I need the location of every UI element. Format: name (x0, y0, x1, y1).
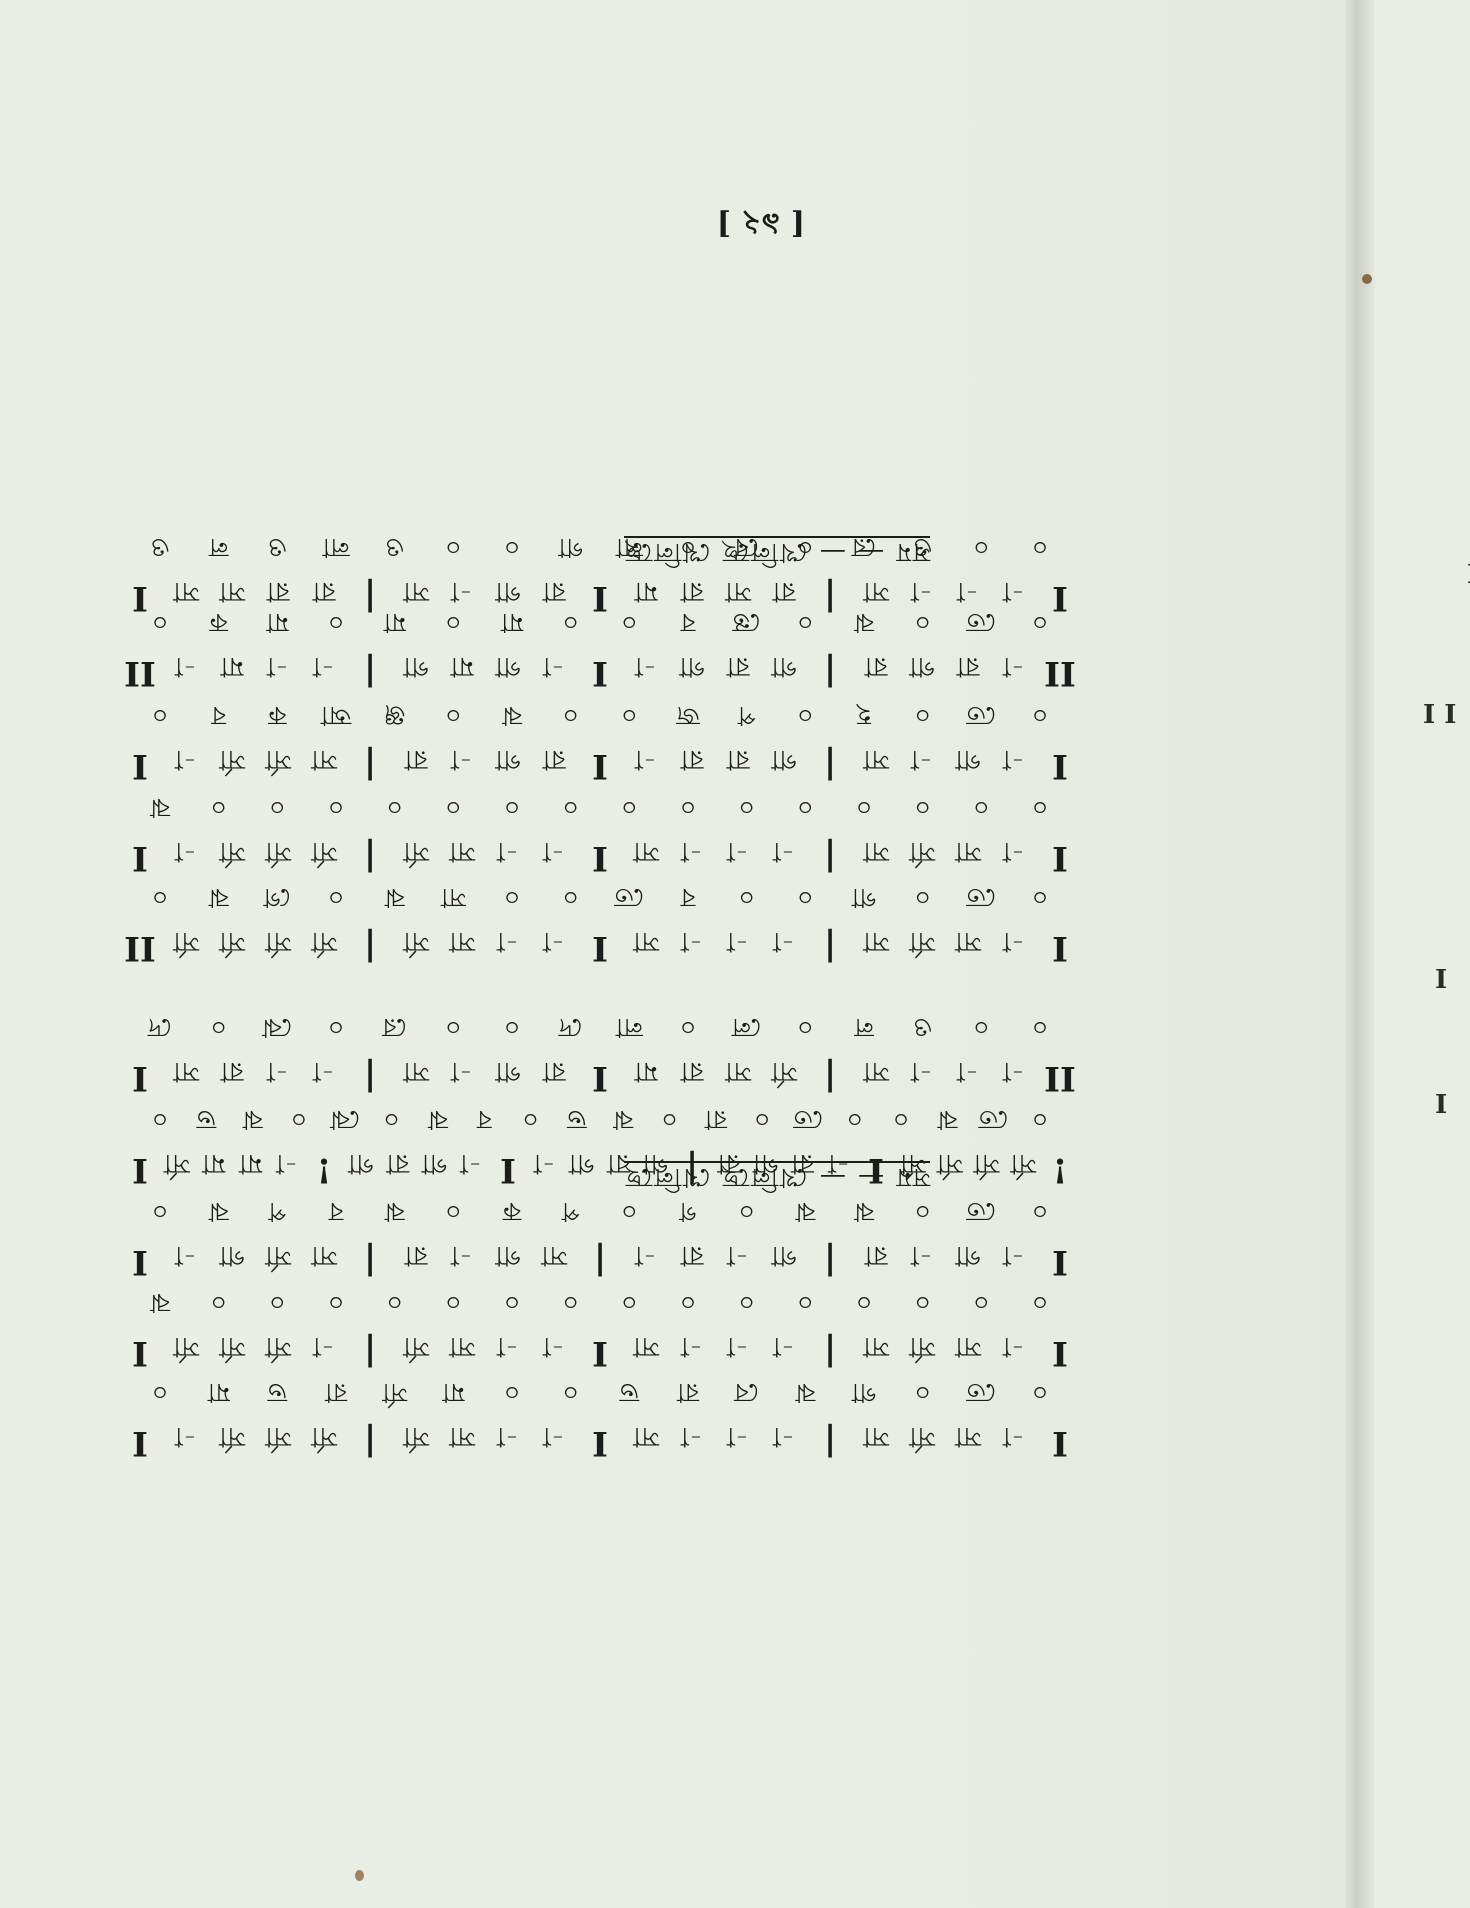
lyric-syllable: হ (857, 692, 871, 736)
lyric-row: ০তেঝ০০তে০রা০ঝভ০বঝ০ঝে০ঝভ০ (0, 1096, 1360, 1140)
lyric-syllable: ০ (914, 784, 931, 828)
swara-note: সা (633, 827, 659, 872)
lyric-syllable: ০ (1032, 1279, 1049, 1323)
lyric-syllable: ০ (621, 692, 638, 736)
swara-note: -া (911, 1047, 933, 1092)
lyric-syllable: ০ (914, 1279, 931, 1323)
swara-note: রা (681, 1231, 704, 1276)
swara-note: -া (175, 1231, 197, 1276)
lyric-syllable: বে (734, 1369, 759, 1413)
swara-row: I-াসার্সাসা|-া-া-াসাI-া-াসার্সা|-ার্সার্… (0, 1323, 1360, 1367)
swara-row: I-াগা-ারা|গা-ারা-া|সাগা-ারা|সার্সাগা-াI (0, 1232, 1360, 1276)
lyric-syllable: ল (209, 524, 228, 568)
barline: | (364, 746, 376, 786)
swara-note: সা (955, 1322, 981, 1367)
lyric-syllable: ০ (738, 1188, 755, 1232)
swara-note: র্সা (900, 1139, 926, 1184)
barline: I (1052, 838, 1068, 878)
swara-note: সা (955, 917, 981, 962)
swara-note: রা (543, 735, 566, 780)
lyric-syllable: ০ (893, 1096, 910, 1140)
swara-row: I-াসার্সাসা|-া-া-াসাI-া-াসার্সা|র্সার্সা… (0, 1413, 1360, 1457)
swara-note: র্সা (265, 1231, 291, 1276)
swara-note: র্সা (173, 917, 199, 962)
lyric-syllable: ০ (1032, 599, 1049, 643)
swara-note: -া (497, 1412, 519, 1457)
swara-note: গা (495, 1231, 521, 1276)
swara-note: র্সা (219, 827, 245, 872)
lyric-syllable: মা (501, 599, 523, 643)
lyric-syllable: ০ (797, 1279, 814, 1323)
lyric-syllable: র্সা (382, 1369, 407, 1413)
swara-row: I-াসার্সাসা|-া-া-াসাI-া-াসার্সা|র্সার্সা… (0, 828, 1360, 872)
swara-note: র্সা (909, 1412, 935, 1457)
lyric-syllable: ০ (562, 692, 579, 736)
lyric-syllable: ০ (621, 599, 638, 643)
swara-note: -া (497, 917, 519, 962)
lyric-syllable: ০ (445, 784, 462, 828)
lyric-syllable: ০ (445, 1279, 462, 1323)
swara-note: -া (773, 1412, 795, 1457)
swara-note: রা (681, 1047, 704, 1092)
lyric-syllable: গা (852, 1369, 877, 1413)
lyric-syllable: ০ (562, 1279, 579, 1323)
barline: | (824, 928, 836, 968)
barline: | (364, 1058, 376, 1098)
swara-note: -া (534, 1139, 556, 1184)
lyric-syllable: ঝ (613, 1096, 633, 1140)
swara-note: -া (1003, 917, 1025, 962)
swara-note: -া (635, 735, 657, 780)
lyric-syllable: ০ (621, 1188, 638, 1232)
lyric-syllable: ভ (567, 1096, 586, 1140)
lyric-syllable: ঝ (243, 1096, 263, 1140)
barline: I (1052, 1333, 1068, 1373)
lyric-syllable: ০ (1032, 784, 1049, 828)
lyric-syllable: দে (148, 1004, 172, 1048)
lyric-syllable: ঝ (209, 874, 229, 918)
swara-note: র্সা (403, 1412, 429, 1457)
lyric-syllable: ০ (797, 1004, 814, 1048)
lyric-syllable: ০ (210, 1279, 227, 1323)
swara-note: র্সা (265, 917, 291, 962)
lyric-syllable: ব (211, 692, 225, 736)
lyric-syllable: ০ (754, 1096, 771, 1140)
swara-row: II-ারাগারা|গারাগা-াI-াগামাগা|-া-ামা-াII (0, 643, 1360, 687)
swara-note: সা (863, 1047, 889, 1092)
swara-note: -া (681, 1412, 703, 1457)
swara-note: গা (569, 1139, 595, 1184)
barline: | (686, 1150, 698, 1190)
lyric-syllable: ০ (562, 599, 579, 643)
lyric-syllable: ০ (1032, 1096, 1049, 1140)
swara-note: -া (497, 1322, 519, 1367)
swara-note: -া (267, 1047, 289, 1092)
swara-note: সা (725, 1047, 751, 1092)
barline: | (364, 838, 376, 878)
swara-note: রা (543, 1047, 566, 1092)
swara-note: গা (642, 1139, 668, 1184)
barline: | (824, 1333, 836, 1373)
swara-note: র্সা (219, 917, 245, 962)
swara-note: রা (681, 735, 704, 780)
swara-note: -া (773, 917, 795, 962)
lyric-syllable: ০ (445, 1188, 462, 1232)
lyric-syllable: ০ (445, 524, 462, 568)
lyric-syllable: তে (614, 874, 644, 918)
swara-note: রা (865, 642, 888, 687)
swara-row: II-া-া-াসা|র্সাসারামাIরাগা-াসা|-া-ারাসাI (0, 1048, 1360, 1092)
swara-note: -া (313, 1322, 335, 1367)
swara-note: -া (1003, 1231, 1025, 1276)
swara-note: সা (863, 827, 889, 872)
swara-note: -া (451, 1047, 473, 1092)
lyric-row: ০তে০হ০পজ০০ঝ০ঞ্জআকব০ (0, 692, 1360, 736)
swara-note: মা (221, 642, 244, 687)
lyric-syllable: রে (852, 524, 877, 568)
lyric-syllable: ভ (197, 1096, 216, 1140)
lyric-syllable: ঝ (938, 1096, 958, 1140)
barline: I (132, 1333, 148, 1373)
barline: I (592, 1423, 608, 1463)
swara-note: -া (773, 1322, 795, 1367)
lyric-syllable: তে (966, 1188, 996, 1232)
barline: I (132, 838, 148, 878)
lyric-syllable: ০ (562, 784, 579, 828)
barline: II (124, 928, 156, 968)
barline: I (132, 1150, 148, 1190)
lyric-syllable: ০ (973, 1004, 990, 1048)
swara-note: গা (348, 1139, 374, 1184)
swara-note: রা (791, 1139, 814, 1184)
lyric-syllable: ঝ (150, 784, 170, 828)
lyric-syllable: ০ (328, 874, 345, 918)
swara-note: -া (1003, 1047, 1025, 1092)
swara-note: গা (495, 642, 521, 687)
barline: | (364, 928, 376, 968)
barline: | (594, 1242, 606, 1282)
swara-note: -া (773, 827, 795, 872)
swara-note: র্সা (265, 735, 291, 780)
swara-note: -া (543, 1322, 565, 1367)
lyric-syllable: ০ (504, 784, 521, 828)
lyric-syllable: ০ (152, 1369, 169, 1413)
lyric-syllable: মা (266, 599, 288, 643)
notation-sheet: [ ৯২ ] সম — — খেলিছে খেলিছে সম — — খেলিছ… (0, 0, 1360, 1908)
lyric-syllable: ০ (797, 784, 814, 828)
barline: I (500, 1150, 516, 1190)
barline: I (132, 1058, 148, 1098)
lyric-syllable: মা (208, 1369, 230, 1413)
swara-note: র্সা (311, 827, 337, 872)
lyric-syllable: ০ (386, 1279, 403, 1323)
swara-note: রা (607, 1139, 630, 1184)
lyric-syllable: বে (734, 524, 759, 568)
barline: | (824, 838, 836, 878)
swara-note: -া (911, 1231, 933, 1276)
barline: II (124, 653, 156, 693)
barline: I (592, 1333, 608, 1373)
lyric-syllable: ০ (680, 524, 697, 568)
barline: I (1052, 1242, 1068, 1282)
lyric-row: ০তে০ঝ০ন্তেব০০মা০মা০মাক০ (0, 599, 1360, 643)
lyric-syllable: ০ (152, 599, 169, 643)
lyric-syllable: ০ (738, 874, 755, 918)
swara-note: -া (175, 735, 197, 780)
lyric-syllable: গ (679, 1188, 696, 1232)
barline: | (824, 1058, 836, 1098)
lyric-syllable: ০ (210, 784, 227, 828)
barline: II (1044, 653, 1076, 693)
swara-note: র্সা (909, 917, 935, 962)
swara-note: -া (497, 827, 519, 872)
swara-note: র্সা (265, 827, 291, 872)
lyric-syllable: ০ (621, 784, 638, 828)
swara-note: সা (863, 1412, 889, 1457)
lyric-syllable: ০ (504, 524, 521, 568)
lyric-syllable: ০ (1032, 1188, 1049, 1232)
adjacent-page-edge: I I I I I (1375, 0, 1470, 1908)
lyric-syllable: লা (616, 1004, 643, 1048)
swara-note: মা (239, 1139, 262, 1184)
lyric-syllable: ল (854, 1004, 873, 1048)
lyric-syllable: ০ (269, 784, 286, 828)
swara-row: I-াগা-াসা|গারারা-াIরাগা-ারা|সার্সার্সা-া… (0, 736, 1360, 780)
swara-note: গা (403, 642, 429, 687)
swara-note: -া (175, 642, 197, 687)
swara-note: -া (681, 827, 703, 872)
lyric-syllable: ভ (268, 1369, 287, 1413)
lyric-syllable: ও (913, 1004, 932, 1048)
barline: | (824, 1242, 836, 1282)
lyric-syllable: প (269, 1188, 287, 1232)
lyric-syllable: ঝে (330, 1096, 360, 1140)
swara-note: র্সা (403, 917, 429, 962)
swara-note: রা (386, 1139, 409, 1184)
barline: I (132, 746, 148, 786)
lyric-syllable: ক (268, 692, 286, 736)
lyric-syllable: ০ (328, 1279, 345, 1323)
swara-note: -া (276, 1139, 298, 1184)
swara-note: গা (771, 735, 797, 780)
swara-note: গা (753, 1139, 779, 1184)
swara-note: গা (495, 1047, 521, 1092)
swara-note: র্সা (909, 1322, 935, 1367)
swara-note: -া (727, 1412, 749, 1457)
barline: | (824, 1423, 836, 1463)
lyric-syllable: ঝে (262, 1004, 292, 1048)
barline: I (592, 653, 608, 693)
lyric-syllable: ০ (562, 1369, 579, 1413)
lyric-syllable: ০ (152, 692, 169, 736)
swara-note: -া (1003, 735, 1025, 780)
barline: I (132, 1242, 148, 1282)
lyric-syllable: ০ (680, 784, 697, 828)
swara-note: র্সা (265, 1322, 291, 1367)
lyric-syllable: লে (732, 1004, 762, 1048)
swara-note: রা (957, 642, 980, 687)
lyric-syllable: ০ (973, 524, 990, 568)
lyric-syllable: ০ (445, 692, 462, 736)
swara-note: রা (727, 735, 750, 780)
swara-note: -া (543, 642, 565, 687)
swara-note: সা (449, 917, 475, 962)
swara-note: গা (219, 1231, 245, 1276)
barline: I (868, 1150, 884, 1190)
lyric-row: ০তে০গা০০বতে০০সাঝ০গেঝ০ (0, 874, 1360, 918)
swara-note: -া (460, 1139, 482, 1184)
barline: | (364, 653, 376, 693)
lyric-syllable: ০ (797, 599, 814, 643)
lyric-syllable: ০ (621, 1279, 638, 1323)
lyric-syllable: ০ (152, 1188, 169, 1232)
lyric-row: ০০ওরে০বে০লাগা০০ওলাওলও (0, 524, 1360, 568)
lyric-syllable: আ (321, 692, 351, 736)
lyric-syllable: গে (264, 874, 292, 918)
lyric-syllable: ০ (291, 1096, 308, 1140)
barline: I (592, 838, 608, 878)
lyric-syllable: ও (385, 524, 404, 568)
lyric-syllable: ০ (328, 599, 345, 643)
swara-note: গা (955, 735, 981, 780)
lyric-syllable: তে (966, 599, 996, 643)
barline: I (592, 746, 608, 786)
swara-note: -া (727, 1231, 749, 1276)
lyric-syllable: ০ (914, 692, 931, 736)
barline: I (1052, 1423, 1068, 1463)
lyric-syllable: গা (558, 524, 583, 568)
lyric-syllable: ঝ (796, 1369, 816, 1413)
lyric-syllable: মা (384, 599, 406, 643)
lyric-syllable: রা (325, 1369, 347, 1413)
lyric-syllable: ০ (383, 1096, 400, 1140)
lyric-syllable: তে (966, 874, 996, 918)
swara-note: সা (311, 735, 337, 780)
lyric-syllable: ০ (504, 1369, 521, 1413)
swara-note: -া (1003, 827, 1025, 872)
lyric-syllable: লা (323, 524, 350, 568)
swara-note: র্সা (311, 917, 337, 962)
swara-note: সা (863, 917, 889, 962)
adjacent-bar-4: I (1435, 1090, 1447, 1120)
lyric-row: ০০০০০০০০০০০০০০০ঝ (0, 1279, 1360, 1323)
lyric-row: ০তে০ঝঝ০গ০পক০ঝবপঝ০ (0, 1188, 1360, 1232)
swara-note: গা (955, 1231, 981, 1276)
lyric-row: ০তে০গাঝবেরাভ০০মার্সারাভমা০ (0, 1369, 1360, 1413)
barline: | (824, 653, 836, 693)
lyric-syllable: ০ (738, 1279, 755, 1323)
swara-note: র্সা (219, 735, 245, 780)
lyric-syllable: জ (676, 692, 699, 736)
lyric-syllable: ব (681, 599, 695, 643)
lyric-syllable: ঝ (428, 1096, 448, 1140)
swara-note: সা (311, 1231, 337, 1276)
lyric-syllable: ব (477, 1096, 491, 1140)
swara-note: গা (771, 642, 797, 687)
lyric-syllable: ব (681, 874, 695, 918)
swara-note: সা (633, 917, 659, 962)
lyric-syllable: তে (979, 1096, 1009, 1140)
lyric-syllable: ঝ (796, 1188, 816, 1232)
lyric-syllable: ও (150, 524, 169, 568)
paper-stain (1362, 274, 1372, 284)
swara-note: র্সা (937, 1139, 963, 1184)
lyric-syllable: রা (677, 1369, 699, 1413)
swara-note: -া (451, 735, 473, 780)
lyric-syllable: ন্তে (732, 599, 760, 643)
swara-note: মা (202, 1139, 225, 1184)
swara-note: সা (633, 1322, 659, 1367)
swara-note: রা (727, 642, 750, 687)
lyric-syllable: ০ (914, 599, 931, 643)
lyric-syllable: ০ (522, 1096, 539, 1140)
barline: | (824, 746, 836, 786)
swara-note: রা (405, 735, 428, 780)
barline: I (1052, 928, 1068, 968)
lyric-syllable: ০ (797, 524, 814, 568)
swara-note: -া (828, 1139, 850, 1184)
swara-note: সা (863, 735, 889, 780)
swara-note: -া (313, 642, 335, 687)
lyric-syllable: ০ (1032, 1369, 1049, 1413)
swara-note: -া (957, 1047, 979, 1092)
swara-note: সা (955, 1412, 981, 1457)
swara-note: -া (681, 1322, 703, 1367)
lyric-syllable: ঝ (385, 1188, 405, 1232)
lyric-syllable: ০ (914, 1188, 931, 1232)
barline: I (592, 1058, 608, 1098)
swara-note: র্সা (164, 1139, 190, 1184)
swara-note: গা (679, 642, 705, 687)
swara-note: -া (543, 1412, 565, 1457)
lyric-syllable: ঞ্জ (384, 692, 406, 736)
lyric-syllable: ঝ (385, 874, 405, 918)
lyric-syllable: তে (793, 1096, 823, 1140)
lyric-syllable: ০ (328, 1004, 345, 1048)
lyric-syllable: ০ (680, 1004, 697, 1048)
swara-note: র্সা (403, 1322, 429, 1367)
lyric-syllable: সা (441, 874, 466, 918)
lyric-syllable: ঝ (502, 692, 522, 736)
swara-row: I-াসার্সাসা|-া-া-াসাI-া-াসার্সা|র্সার্সা… (0, 918, 1360, 962)
lyric-syllable: ০ (562, 874, 579, 918)
lyric-syllable: ০ (856, 1279, 873, 1323)
swara-note: -া (543, 917, 565, 962)
lyric-syllable: ০ (445, 599, 462, 643)
swara-note: -া (1003, 1322, 1025, 1367)
swara-note: -া (727, 827, 749, 872)
swara-note: রা (717, 1139, 740, 1184)
lyric-syllable: ০ (1032, 692, 1049, 736)
lyric-syllable: ০ (914, 1369, 931, 1413)
lyric-syllable: ক (503, 1188, 521, 1232)
swara-note: মা (635, 1047, 658, 1092)
swara-note: র্সা (403, 827, 429, 872)
swara-note: -া (267, 642, 289, 687)
lyric-syllable: ০ (738, 784, 755, 828)
barline: | (364, 1242, 376, 1282)
lyric-syllable: ০ (445, 1004, 462, 1048)
swara-note: সা (449, 1322, 475, 1367)
swara-note: সা (863, 1322, 889, 1367)
lyric-syllable: ০ (797, 874, 814, 918)
swara-note: র্সা (265, 1412, 291, 1457)
lyric-syllable: ০ (1032, 874, 1049, 918)
lyric-syllable: ০ (504, 1279, 521, 1323)
lyric-syllable: ও (268, 524, 287, 568)
lyric-syllable: প (562, 1188, 580, 1232)
swara-note: র্সা (909, 827, 935, 872)
